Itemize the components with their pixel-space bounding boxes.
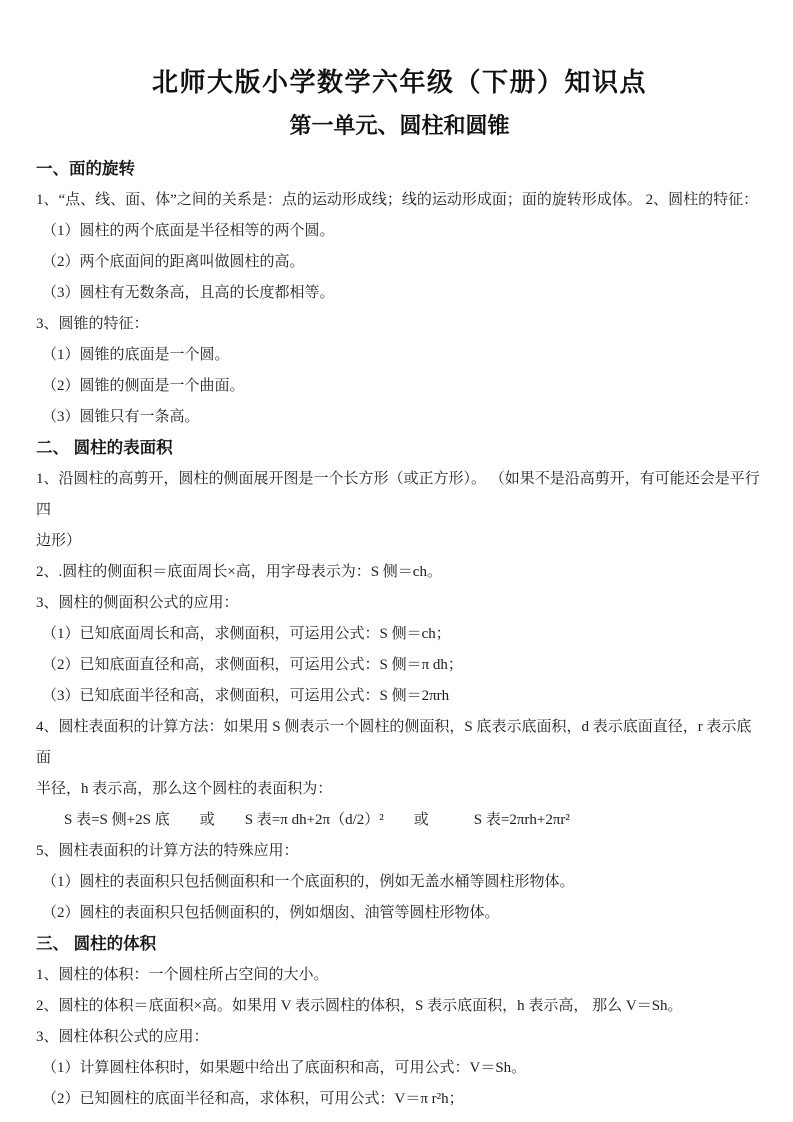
paragraph-line: 3、圆锥的特征： bbox=[36, 309, 763, 340]
paragraph-line: （1）计算圆柱体积时，如果题中给出了底面积和高，可用公式：V＝Sh。 bbox=[36, 1053, 763, 1084]
paragraph-line: 1、圆柱的体积：一个圆柱所占空间的大小。 bbox=[36, 960, 763, 991]
paragraph-line: （1）已知底面周长和高，求侧面积，可运用公式：S 侧＝ch； bbox=[36, 619, 763, 650]
paragraph-line: 半径，h 表示高，那么这个圆柱的表面积为： bbox=[36, 774, 763, 805]
section-heading: 二、 圆柱的表面积 bbox=[36, 433, 763, 464]
paragraph-line: （1）圆柱的两个底面是半径相等的两个圆。 bbox=[36, 216, 763, 247]
document-body: 一、面的旋转1、“点、线、面、体”之间的关系是：点的运动形成线；线的运动形成面；… bbox=[36, 154, 763, 1115]
paragraph-line: S 表=S 侧+2S 底 或 S 表=π dh+2π（d/2）² 或 S 表=2… bbox=[36, 805, 763, 836]
document-subtitle: 第一单元、圆柱和圆锥 bbox=[36, 111, 763, 141]
section-heading: 一、面的旋转 bbox=[36, 154, 763, 185]
document-title: 北师大版小学数学六年级（下册）知识点 bbox=[36, 64, 763, 102]
paragraph-line: 边形） bbox=[36, 526, 763, 557]
paragraph-line: 1、沿圆柱的高剪开，圆柱的侧面展开图是一个长方形（或正方形）。 （如果不是沿高剪… bbox=[36, 464, 763, 526]
paragraph-line: （2）两个底面间的距离叫做圆柱的高。 bbox=[36, 247, 763, 278]
paragraph-line: 2、圆柱的体积＝底面积×高。如果用 V 表示圆柱的体积，S 表示底面积，h 表示… bbox=[36, 991, 763, 1022]
paragraph-line: （3）已知底面半径和高，求侧面积，可运用公式：S 侧＝2πrh bbox=[36, 681, 763, 712]
paragraph-line: （2）已知底面直径和高，求侧面积，可运用公式：S 侧＝π dh； bbox=[36, 650, 763, 681]
paragraph-line: （2）圆锥的侧面是一个曲面。 bbox=[36, 371, 763, 402]
paragraph-line: （2）圆柱的表面积只包括侧面积的，例如烟囱、油管等圆柱形物体。 bbox=[36, 898, 763, 929]
paragraph-line: 1、“点、线、面、体”之间的关系是：点的运动形成线；线的运动形成面；面的旋转形成… bbox=[36, 185, 763, 216]
paragraph-line: （1）圆柱的表面积只包括侧面积和一个底面积的，例如无盖水桶等圆柱形物体。 bbox=[36, 867, 763, 898]
paragraph-line: （3）圆柱有无数条高，且高的长度都相等。 bbox=[36, 278, 763, 309]
document-page: 北师大版小学数学六年级（下册）知识点 第一单元、圆柱和圆锥 一、面的旋转1、“点… bbox=[0, 0, 793, 1122]
paragraph-line: （3）圆锥只有一条高。 bbox=[36, 402, 763, 433]
paragraph-line: 5、圆柱表面积的计算方法的特殊应用： bbox=[36, 836, 763, 867]
paragraph-line: 2、.圆柱的侧面积＝底面周长×高，用字母表示为：S 侧＝ch。 bbox=[36, 557, 763, 588]
paragraph-line: 3、圆柱的侧面积公式的应用： bbox=[36, 588, 763, 619]
paragraph-line: （1）圆锥的底面是一个圆。 bbox=[36, 340, 763, 371]
paragraph-line: （2）已知圆柱的底面半径和高，求体积，可用公式：V＝π r²h； bbox=[36, 1084, 763, 1115]
paragraph-line: 3、圆柱体积公式的应用： bbox=[36, 1022, 763, 1053]
section-heading: 三、 圆柱的体积 bbox=[36, 929, 763, 960]
paragraph-line: 4、圆柱表面积的计算方法：如果用 S 侧表示一个圆柱的侧面积，S 底表示底面积，… bbox=[36, 712, 763, 774]
